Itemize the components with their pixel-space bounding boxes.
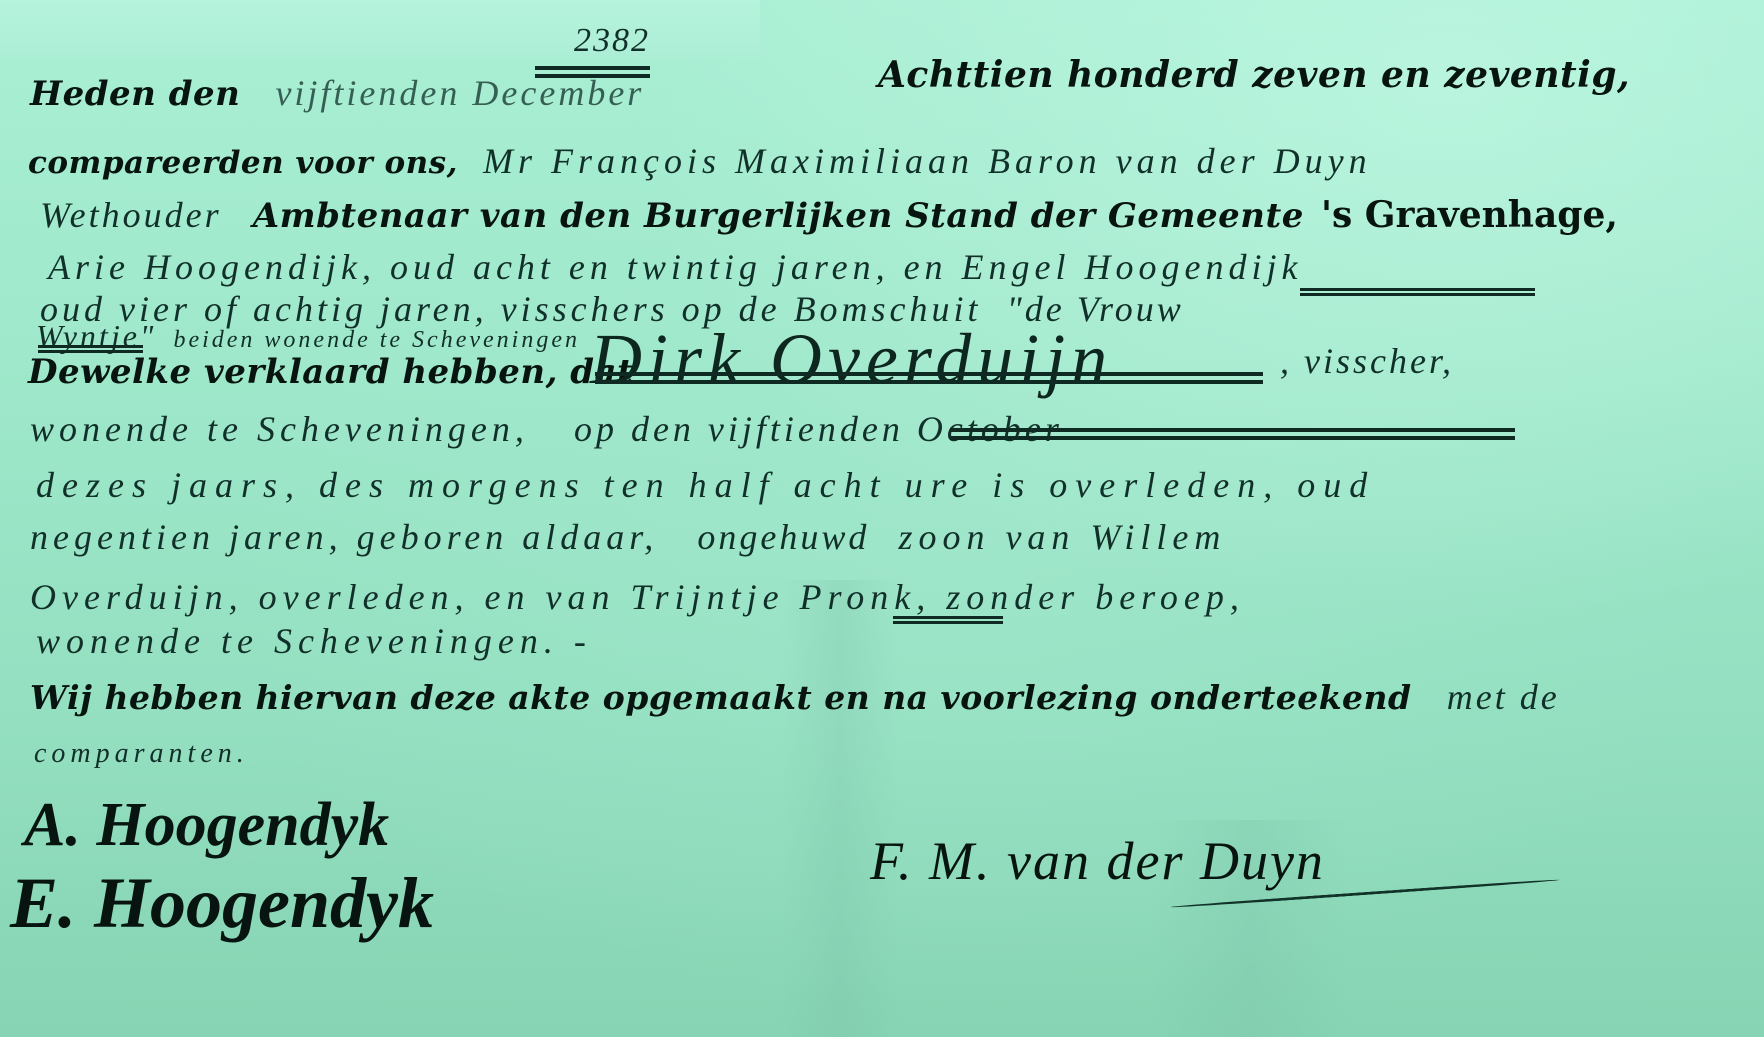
handwritten-title: Wethouder [40, 195, 222, 235]
deceased-occupation: , visscher, [1280, 340, 1454, 382]
line-13: Wij hebben hiervan deze akte opgemaakt e… [30, 676, 1560, 718]
signature-official: F. M. van der Duyn [870, 830, 1325, 892]
line-9: dezes jaars, des morgens ten half acht u… [36, 464, 1375, 506]
line-4: Arie Hoogendijk, oud acht en twintig jar… [48, 246, 1302, 288]
handwritten-text: wonende te Scheveningen, [30, 409, 529, 449]
line-8: wonende te Scheveningen, op den vijftien… [30, 408, 1063, 450]
line-1-year: Achttien honderd zeven en zeventig, [878, 54, 1630, 96]
printed-text: Ambtenaar van den Burgerlijken Stand der… [253, 196, 1304, 236]
ship-name-underline [1300, 288, 1535, 296]
handwritten-official-name: Mr François Maximiliaan Baron van der Du… [483, 141, 1372, 181]
printed-text: Wij hebben hiervan deze akte opgemaakt e… [30, 678, 1412, 717]
handwritten-residence: beiden wonende te Scheveningen [173, 327, 580, 353]
deceased-name-underline [595, 372, 1263, 384]
handwritten-date: vijftienden December [275, 73, 644, 113]
date-of-death-underline [950, 428, 1515, 440]
deceased-name: Dirk Overduijn [590, 318, 1113, 401]
handwritten-text: met de [1447, 677, 1560, 717]
handwritten-text: negentien jaren, geboren aldaar, [30, 517, 658, 557]
line-10: negentien jaren, geboren aldaar, ongehuw… [30, 516, 1226, 558]
printed-text: compareerden voor ons, [28, 145, 458, 181]
line-12: wonende te Scheveningen. - [36, 620, 592, 662]
line-1: Heden den vijftienden December [30, 72, 644, 114]
record-number: 2382 [574, 22, 650, 60]
parent-father: zoon van Willem [898, 517, 1226, 557]
signature-witness-1: A. Hoogendyk [24, 790, 389, 861]
signature-witness-2: E. Hoogendyk [10, 862, 434, 945]
printed-text: Dewelke verklaard hebben, dat [28, 352, 633, 392]
paper-crease [780, 580, 900, 1037]
line-11: Overduijn, overleden, en van Trijntje Pr… [30, 576, 1245, 618]
printed-text: Heden den [30, 74, 240, 114]
marital-status: ongehuwd [697, 517, 869, 557]
line-7: Dewelke verklaard hebben, dat [28, 352, 633, 392]
blackletter-city: 's Gravenhage, [1321, 194, 1618, 236]
line-2: compareerden voor ons, Mr François Maxim… [28, 140, 1372, 182]
line-3: Wethouder Ambtenaar van den Burgerlijken… [40, 194, 1618, 236]
line-14: comparanten. [34, 738, 249, 770]
